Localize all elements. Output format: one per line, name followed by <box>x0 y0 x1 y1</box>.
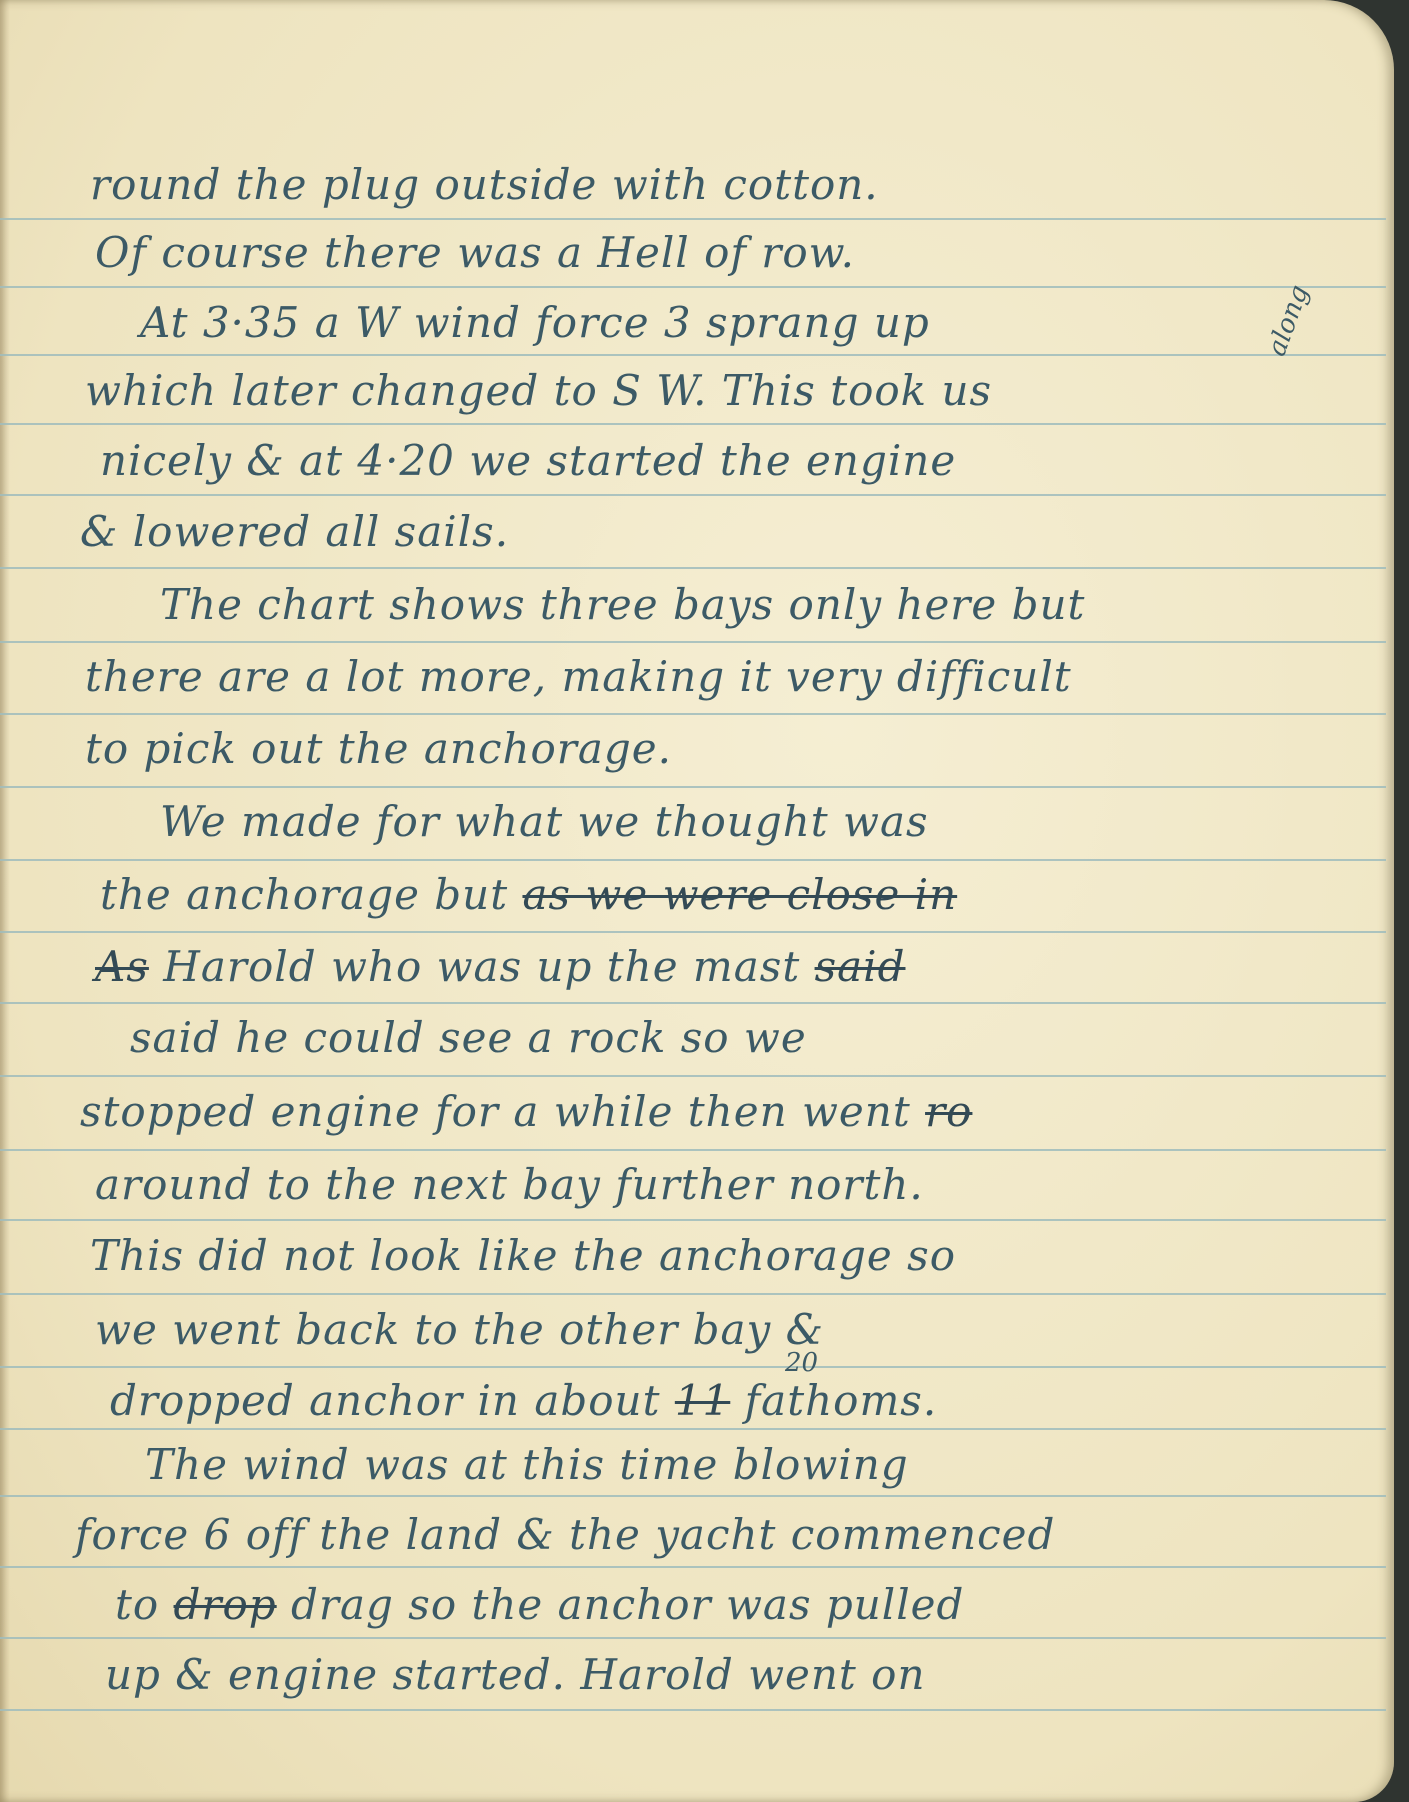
ruled-line <box>0 354 1386 356</box>
ruled-line <box>0 1075 1386 1077</box>
ruled-line <box>0 931 1386 933</box>
handwritten-line: stopped engine for a while then went ro <box>80 1087 972 1136</box>
notebook-page: round the plug outside with cotton. Of c… <box>0 0 1394 1802</box>
handwritten-line: The chart shows three bays only here but <box>160 580 1085 629</box>
handwritten-line: there are a lot more, making it very dif… <box>85 652 1072 701</box>
ruled-line <box>0 713 1386 715</box>
ruled-line <box>0 786 1386 788</box>
ruled-line <box>0 1495 1386 1497</box>
ruled-line <box>0 1219 1386 1221</box>
handwritten-line: the anchorage but as we were close in <box>100 870 957 919</box>
ruled-line <box>0 1149 1386 1151</box>
handwritten-line: up & engine started. Harold went on <box>105 1650 926 1699</box>
superscript-correction: 20 <box>785 1348 818 1378</box>
ruled-line <box>0 641 1386 643</box>
handwritten-line: The wind was at this time blowing <box>145 1440 909 1489</box>
handwritten-line: Of course there was a Hell of row. <box>95 228 855 277</box>
handwritten-line: This did not look like the anchorage so <box>90 1231 956 1280</box>
struck-text: drop <box>174 1580 277 1629</box>
handwritten-line: & lowered all sails. <box>80 507 509 556</box>
handwritten-line: round the plug outside with cotton. <box>90 160 879 209</box>
handwritten-line: said he could see a rock so we <box>130 1013 807 1062</box>
handwritten-line: force 6 off the land & the yacht commenc… <box>75 1510 1055 1559</box>
ruled-line <box>0 1002 1386 1004</box>
ruled-line <box>0 423 1386 425</box>
struck-text: as we were close in <box>522 870 957 919</box>
handwritten-line: We made for what we thought was <box>160 797 929 846</box>
ruled-line <box>0 1566 1386 1568</box>
handwritten-line: which later changed to S W. This took us <box>85 366 992 415</box>
ruled-line <box>0 286 1386 288</box>
struck-text: As <box>95 942 149 991</box>
struck-text: 11 <box>675 1376 730 1425</box>
handwritten-line: we went back to the other bay & <box>95 1305 824 1354</box>
handwritten-line: dropped anchor in about 11 fathoms. <box>110 1376 937 1425</box>
page-spine-shadow <box>0 0 10 1802</box>
handwritten-line: At 3·35 a W wind force 3 sprang up <box>140 298 930 347</box>
ruled-line <box>0 1366 1386 1368</box>
ruled-line <box>0 1709 1386 1711</box>
handwritten-line: to drop drag so the anchor was pulled <box>115 1580 964 1629</box>
ruled-line <box>0 1428 1386 1430</box>
ruled-line <box>0 494 1386 496</box>
handwritten-line: nicely & at 4·20 we started the engine <box>100 436 956 485</box>
handwritten-line: to pick out the anchorage. <box>85 724 672 773</box>
ruled-line <box>0 218 1386 220</box>
struck-text: ro <box>925 1087 972 1136</box>
handwritten-line: As Harold who was up the mast said <box>95 942 905 991</box>
handwritten-line: around to the next bay further north. <box>95 1160 924 1209</box>
ruled-line <box>0 859 1386 861</box>
ruled-line <box>0 1637 1386 1639</box>
marginal-insertion: along <box>1262 281 1315 360</box>
ruled-line <box>0 567 1386 569</box>
ruled-line <box>0 1293 1386 1295</box>
struck-text: said <box>815 942 906 991</box>
